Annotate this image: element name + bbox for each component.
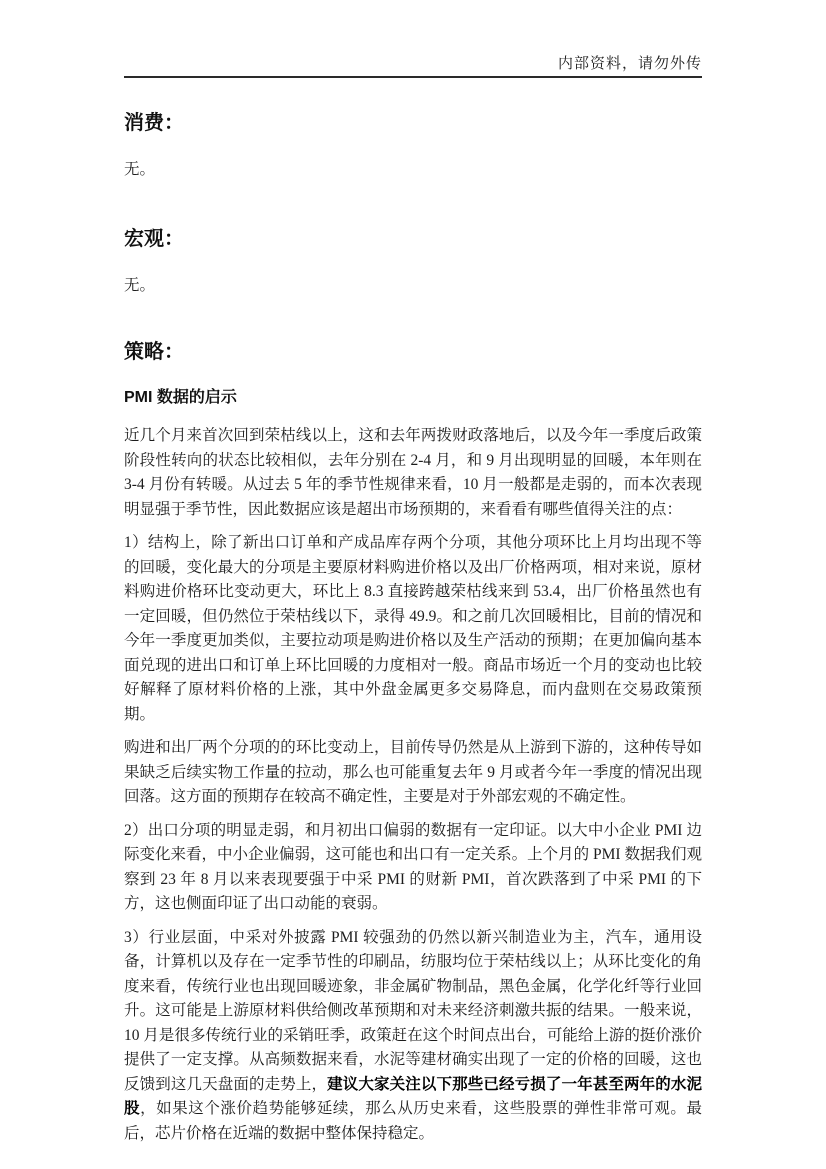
strategy-paragraph-point2: 2）出口分项的明显走弱，和月初出口偏弱的数据有一定印证。以大中小企业 PMI 边… <box>124 819 702 917</box>
consumption-body: 无。 <box>124 160 702 179</box>
header-divider <box>124 76 702 78</box>
strategy-paragraph-intro: 近几个月来首次回到荣枯线以上，这和去年两拨财政落地后，以及今年一季度后政策阶段性… <box>124 424 702 522</box>
paragraph-text: 1）结构上，除了新出口订单和产成品库存两个分项，其他分项环比上月均出现不等的回暖… <box>124 534 702 723</box>
paragraph-text: 2）出口分项的明显走弱，和月初出口偏弱的数据有一定印证。以大中小企业 PMI 边… <box>124 822 702 913</box>
confidential-notice: 内部资料，请勿外传 <box>124 52 702 73</box>
document-page: 内部资料，请勿外传 消费： 无。 宏观： 无。 策略： PMI 数据的启示 近几… <box>0 0 826 1169</box>
page-content: 内部资料，请勿外传 消费： 无。 宏观： 无。 策略： PMI 数据的启示 近几… <box>0 0 826 1146</box>
strategy-paragraph-transmission: 购进和出厂两个分项的的环比变动上，目前传导仍然是从上游到下游的，这种传导如果缺乏… <box>124 736 702 810</box>
strategy-subheading-pmi: PMI 数据的启示 <box>124 389 702 407</box>
paragraph-text: 3）行业层面，中采对外披露 PMI 较强劲的仍然以新兴制造业为主，汽车，通用设备… <box>124 929 702 1093</box>
strategy-paragraph-point3: 3）行业层面，中采对外披露 PMI 较强劲的仍然以新兴制造业为主，汽车，通用设备… <box>124 926 702 1147</box>
page-header: 内部资料，请勿外传 <box>124 0 702 78</box>
section-heading-strategy: 策略： <box>124 341 702 363</box>
macro-body: 无。 <box>124 276 702 295</box>
strategy-paragraph-point1: 1）结构上，除了新出口订单和产成品库存两个分项，其他分项环比上月均出现不等的回暖… <box>124 531 702 727</box>
section-heading-macro: 宏观： <box>124 228 702 250</box>
paragraph-text: 购进和出厂两个分项的的环比变动上，目前传导仍然是从上游到下游的，这种传导如果缺乏… <box>124 739 702 805</box>
paragraph-text: ，如果这个涨价趋势能够延续，那么从历史来看，这些股票的弹性非常可观。最后，芯片价… <box>124 1100 702 1142</box>
section-heading-consumption: 消费： <box>124 112 702 134</box>
paragraph-text: 近几个月来首次回到荣枯线以上，这和去年两拨财政落地后，以及今年一季度后政策阶段性… <box>124 427 702 518</box>
